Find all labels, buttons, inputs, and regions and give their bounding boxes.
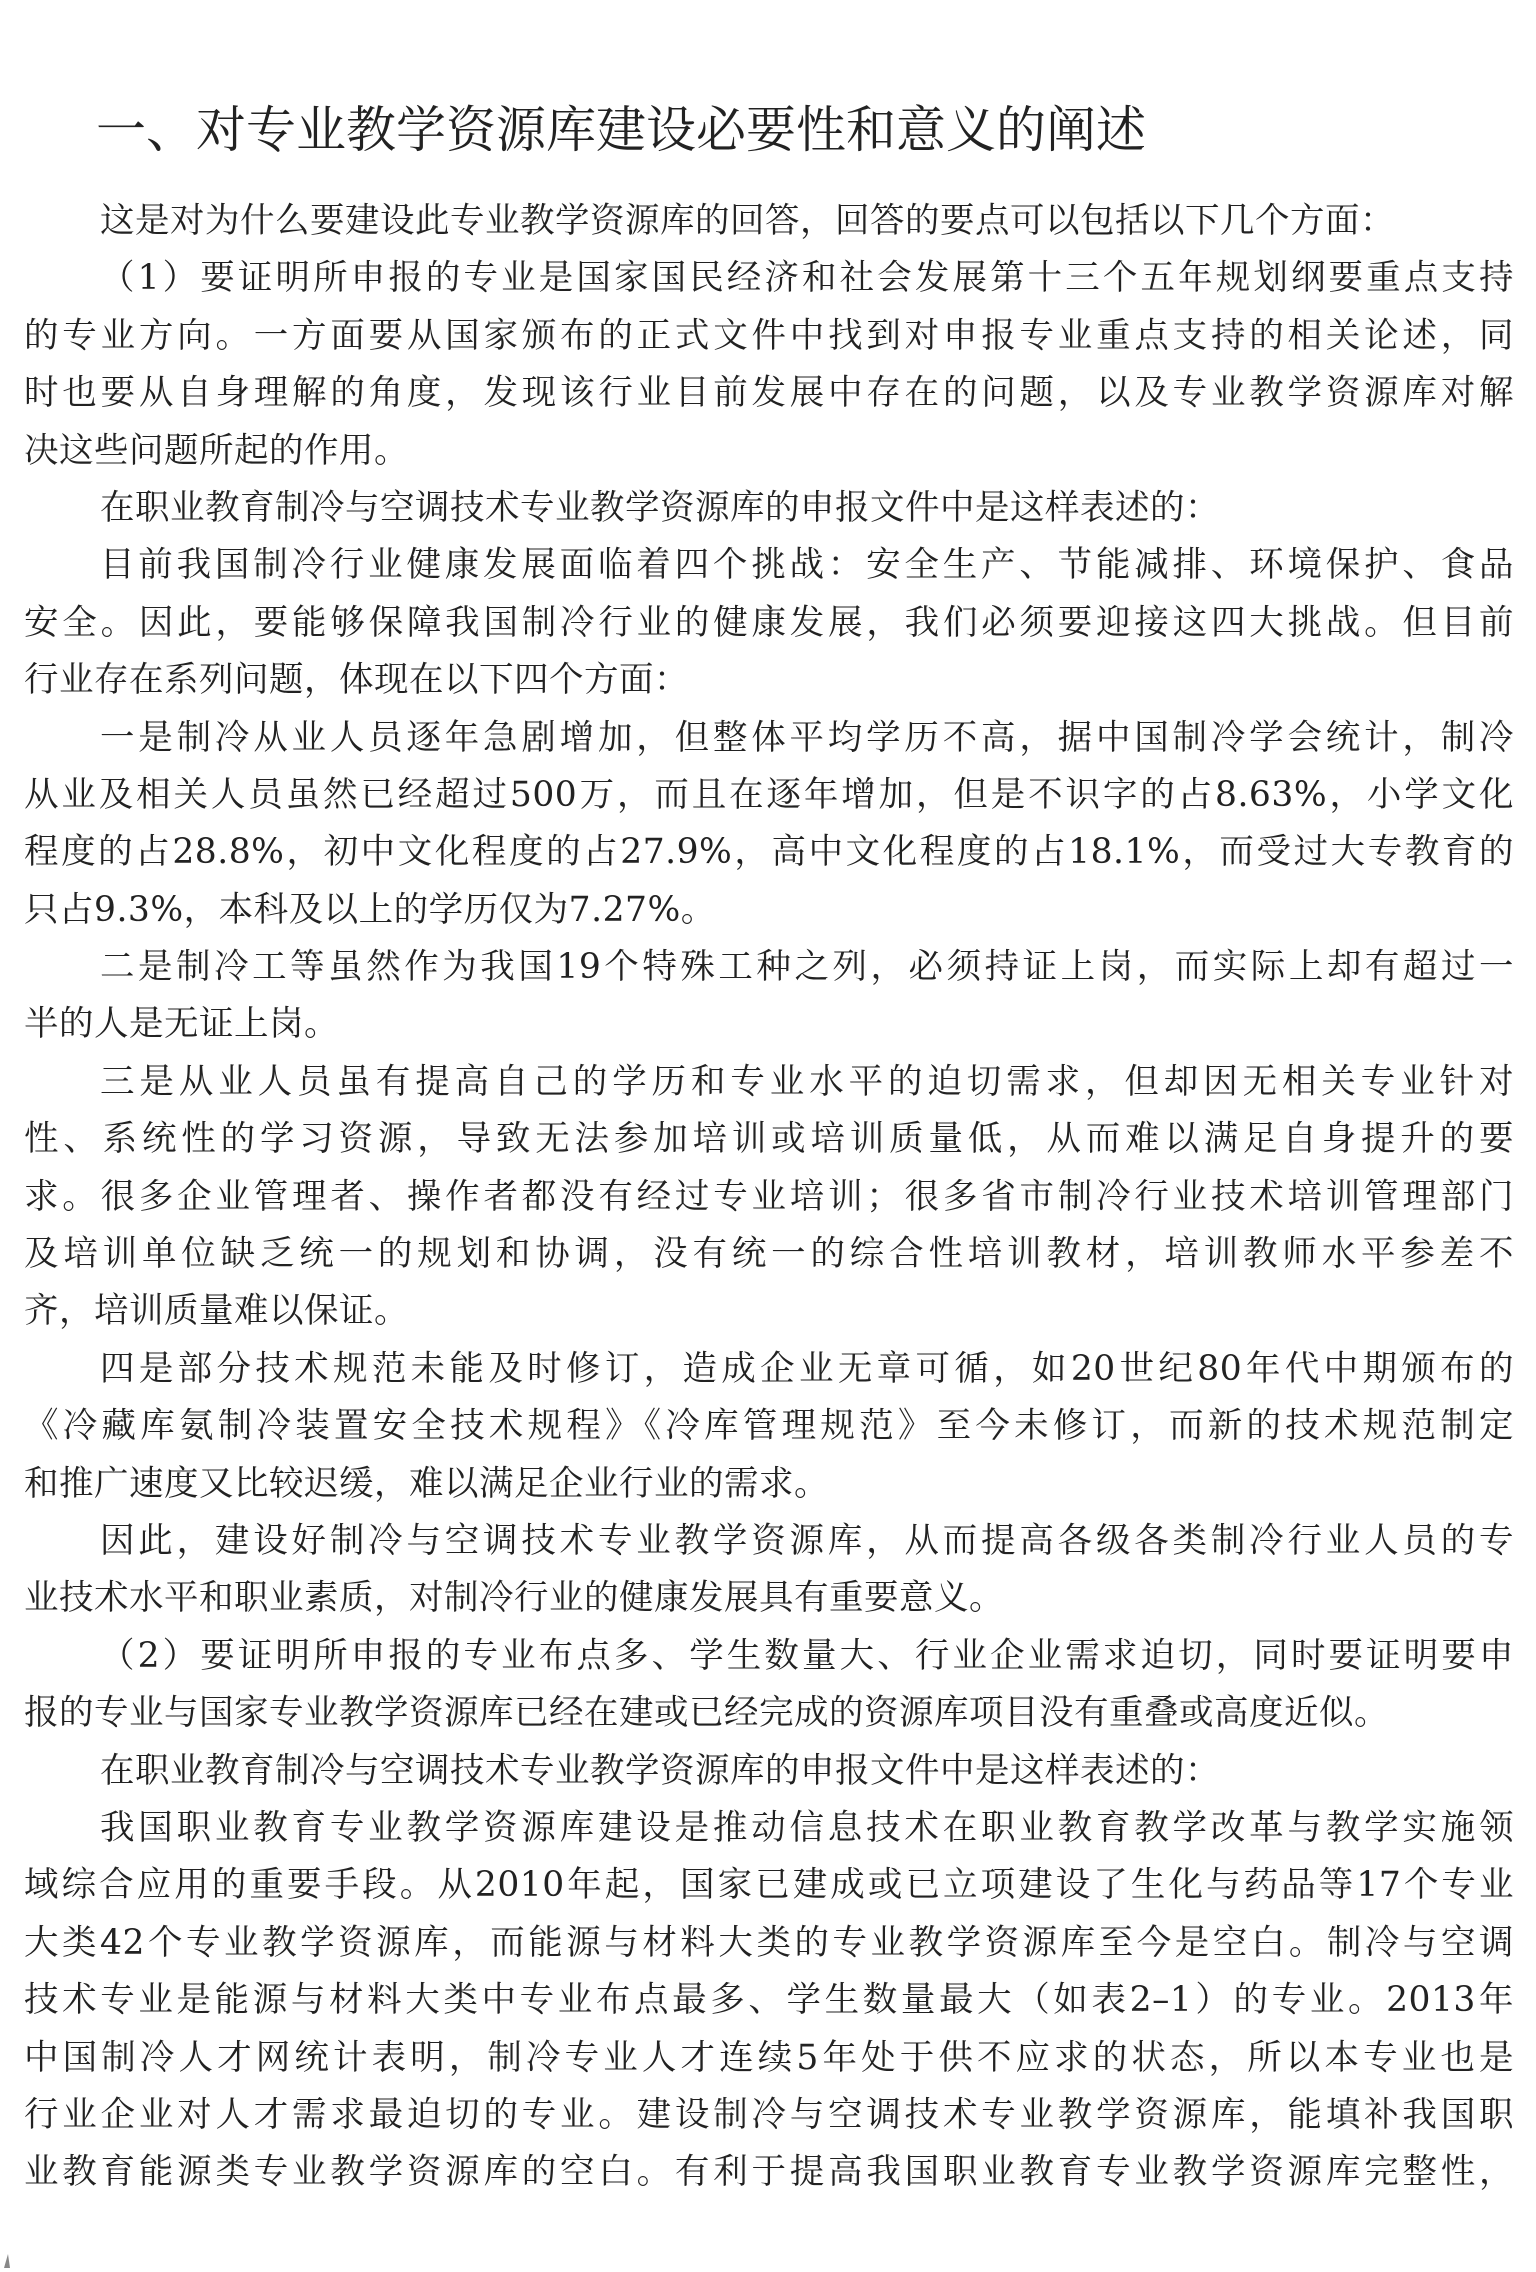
text-line: 时也要从自身理解的角度，发现该行业目前发展中存在的问题，以及专业教学资源库对解 bbox=[24, 365, 1514, 422]
text-line: 大类42个专业教学资源库，而能源与材料大类的专业教学资源库至今是空白。制冷与空调 bbox=[24, 1915, 1514, 1972]
text-line: 我国职业教育专业教学资源库建设是推动信息技术在职业教育教学改革与教学实施领 bbox=[24, 1800, 1514, 1857]
page-corner-mark bbox=[4, 2254, 10, 2268]
text-line: 二是制冷工等虽然作为我国19个特殊工种之列，必须持证上岗，而实际上却有超过一 bbox=[24, 939, 1514, 996]
text-line: （2）要证明所申报的专业布点多、学生数量大、行业企业需求迫切，同时要证明要申 bbox=[24, 1628, 1514, 1685]
text-line: （1）要证明所申报的专业是国家国民经济和社会发展第十三个五年规划纲要重点支持 bbox=[24, 250, 1514, 307]
text-line: 的专业方向。一方面要从国家颁布的正式文件中找到对申报专业重点支持的相关论述，同 bbox=[24, 308, 1514, 365]
text-line: 技术专业是能源与材料大类中专业布点最多、学生数量最大（如表2–1）的专业。201… bbox=[24, 1972, 1514, 2029]
text-line: 决这些问题所起的作用。 bbox=[24, 423, 1514, 480]
text-line: 及培训单位缺乏统一的规划和协调，没有统一的综合性培训教材，培训教师水平参差不 bbox=[24, 1226, 1514, 1283]
document-page: 一、对专业教学资源库建设必要性和意义的阐述 这是对为什么要建设此专业教学资源库的… bbox=[0, 0, 1536, 2272]
text-line: 性、系统性的学习资源，导致无法参加培训或培训质量低，从而难以满足自身提升的要 bbox=[24, 1111, 1514, 1168]
text-line: 在职业教育制冷与空调技术专业教学资源库的申报文件中是这样表述的： bbox=[24, 1743, 1514, 1800]
text-line: 行业存在系列问题，体现在以下四个方面： bbox=[24, 652, 1514, 709]
text-line: 半的人是无证上岗。 bbox=[24, 996, 1514, 1053]
text-line: 业教育能源类专业教学资源库的空白。有利于提高我国职业教育专业教学资源库完整性， bbox=[24, 2144, 1514, 2201]
section-heading: 一、对专业教学资源库建设必要性和意义的阐述 bbox=[96, 98, 1146, 162]
text-line: 因此，建设好制冷与空调技术专业教学资源库，从而提高各级各类制冷行业人员的专 bbox=[24, 1513, 1514, 1570]
text-line: 中国制冷人才网统计表明，制冷专业人才连续5年处于供不应求的状态，所以本专业也是 bbox=[24, 2030, 1514, 2087]
text-line: 一是制冷从业人员逐年急剧增加，但整体平均学历不高，据中国制冷学会统计，制冷 bbox=[24, 710, 1514, 767]
text-line: 安全。因此，要能够保障我国制冷行业的健康发展，我们必须要迎接这四大挑战。但目前 bbox=[24, 595, 1514, 652]
text-line: 《冷藏库氨制冷装置安全技术规程》《冷库管理规范》至今未修订，而新的技术规范制定 bbox=[24, 1398, 1514, 1455]
text-line: 报的专业与国家专业教学资源库已经在建或已经完成的资源库项目没有重叠或高度近似。 bbox=[24, 1685, 1514, 1742]
text-line: 域综合应用的重要手段。从2010年起，国家已建成或已立项建设了生化与药品等17个… bbox=[24, 1857, 1514, 1914]
text-line: 三是从业人员虽有提高自己的学历和专业水平的迫切需求，但却因无相关专业针对 bbox=[24, 1054, 1514, 1111]
text-line: 程度的占28.8%，初中文化程度的占27.9%，高中文化程度的占18.1%，而受… bbox=[24, 824, 1514, 881]
text-line: 行业企业对人才需求最迫切的专业。建设制冷与空调技术专业教学资源库，能填补我国职 bbox=[24, 2087, 1514, 2144]
text-line: 这是对为什么要建设此专业教学资源库的回答，回答的要点可以包括以下几个方面： bbox=[24, 193, 1514, 250]
text-line: 求。很多企业管理者、操作者都没有经过专业培训；很多省市制冷行业技术培训管理部门 bbox=[24, 1169, 1514, 1226]
text-line: 业技术水平和职业素质，对制冷行业的健康发展具有重要意义。 bbox=[24, 1570, 1514, 1627]
text-line: 和推广速度又比较迟缓，难以满足企业行业的需求。 bbox=[24, 1456, 1514, 1513]
body-text: 这是对为什么要建设此专业教学资源库的回答，回答的要点可以包括以下几个方面：（1）… bbox=[24, 193, 1514, 2202]
text-line: 目前我国制冷行业健康发展面临着四个挑战：安全生产、节能减排、环境保护、食品 bbox=[24, 537, 1514, 594]
text-line: 四是部分技术规范未能及时修订，造成企业无章可循，如20世纪80年代中期颁布的 bbox=[24, 1341, 1514, 1398]
text-line: 从业及相关人员虽然已经超过500万，而且在逐年增加，但是不识字的占8.63%，小… bbox=[24, 767, 1514, 824]
text-line: 齐，培训质量难以保证。 bbox=[24, 1283, 1514, 1340]
text-line: 只占9.3%，本科及以上的学历仅为7.27%。 bbox=[24, 882, 1514, 939]
text-line: 在职业教育制冷与空调技术专业教学资源库的申报文件中是这样表述的： bbox=[24, 480, 1514, 537]
